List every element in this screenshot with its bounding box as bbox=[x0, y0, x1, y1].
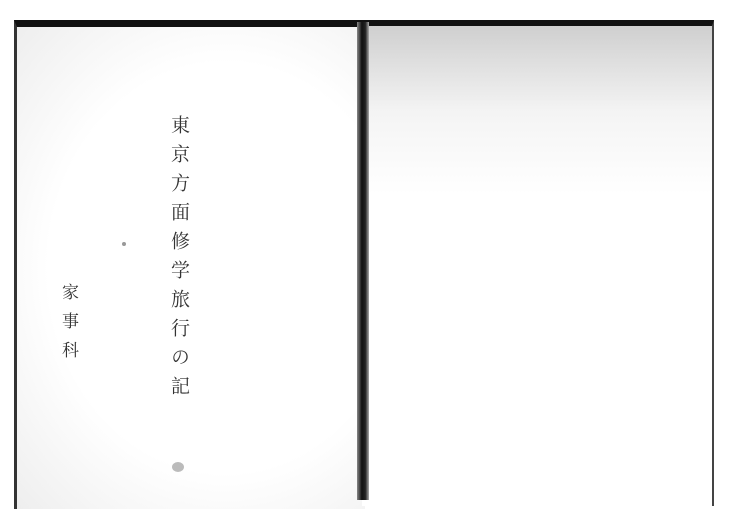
stain-mark bbox=[122, 242, 126, 246]
department-label: 家事科 bbox=[56, 283, 81, 370]
book-spine bbox=[357, 22, 369, 500]
stain-mark bbox=[172, 462, 184, 472]
right-page bbox=[362, 20, 714, 506]
document-title: 東京方面修学旅行の記 bbox=[166, 115, 193, 405]
